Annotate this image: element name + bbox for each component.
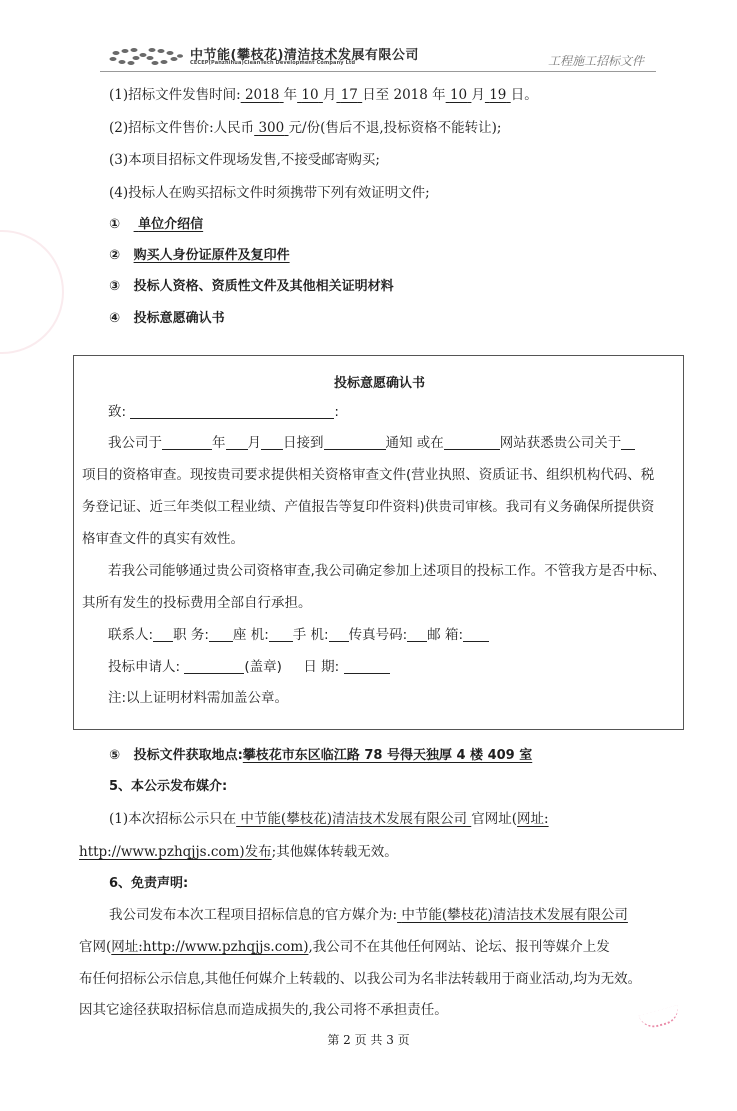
day-start: 17	[336, 87, 362, 103]
label: 网址:	[517, 811, 549, 827]
label: (盖章)	[244, 659, 282, 675]
addressee-line: 致: :	[108, 403, 339, 421]
section5-title: 5、本公示发布媒介:	[109, 778, 227, 796]
contact-blank[interactable]	[153, 627, 173, 642]
label: 致:	[108, 404, 126, 420]
doc-text: 单位介绍信	[134, 217, 204, 232]
label: 日。	[511, 87, 538, 103]
label: 月	[471, 87, 485, 103]
bid-intent-form: 投标意愿确认书 致: : 我公司于年月日接到通知 或在网站获悉贵公司关于 项目的…	[73, 355, 684, 730]
item-required-docs: (4)投标人在购买招标文件时须携带下列有效证明文件;	[109, 184, 430, 202]
label: 通知 或在	[386, 435, 444, 451]
website-blank[interactable]	[444, 435, 500, 450]
price-value: 300	[254, 120, 288, 136]
company-name: 中节能(攀枝花)清洁技术发展有限公司	[397, 907, 628, 923]
item-number: ①	[109, 217, 120, 232]
date-blank[interactable]	[344, 659, 390, 674]
label: 投标申请人:	[108, 659, 180, 675]
label: (1)招标文件发售时间:	[109, 87, 241, 103]
faint-seal-stamp	[0, 230, 64, 354]
position-blank[interactable]	[209, 627, 233, 642]
label: 日 期:	[303, 659, 339, 675]
fax-blank[interactable]	[407, 627, 427, 642]
label: 官网(	[79, 939, 111, 955]
label: 传真号码:	[349, 627, 408, 643]
label: 日至 2018 年	[362, 87, 445, 103]
form-para2-line1: 若我公司能够通过贵公司资格审查,我公司确定参加上述项目的投标工作。不管我方是否中…	[108, 562, 666, 580]
label: 我公司于	[108, 435, 162, 451]
section6-line3: 布任何招标公示信息,其他任何媒介上转载的、以我公司为名非法转载用于商业活动,均为…	[79, 970, 641, 988]
label: 元/份(售后不退,投标资格不能转让);	[289, 120, 502, 136]
year-start: 2018	[241, 87, 284, 103]
section6-line4: 因其它途径获取招标信息而造成损失的,我公司将不承担责任。	[79, 1001, 448, 1019]
applicant-blank[interactable]	[184, 659, 244, 674]
label: 官网址(	[471, 811, 517, 827]
doc-item-5: ⑤ 投标文件获取地点:攀枝花市东区临江路 78 号得天独厚 4 楼 409 室	[109, 747, 532, 765]
label: 职 务:	[173, 627, 209, 643]
website-link[interactable]: 网址:http://www.pzhqjjs.com)	[111, 939, 308, 955]
month-blank[interactable]	[226, 435, 248, 450]
year-blank[interactable]	[162, 435, 212, 450]
section5-line2: http://www.pzhqjjs.com)发布;其他媒体转载无效。	[79, 843, 398, 861]
item-sale-time: (1)招标文件发售时间: 2018 年 10 月 17 日至 2018 年 10…	[109, 86, 538, 104]
label: ,我公司不在其他任何网站、论坛、报刊等媒介上发	[308, 939, 609, 955]
label: 座 机:	[233, 627, 269, 643]
label: ;其他媒体转载无效。	[272, 844, 398, 860]
month-end: 10	[446, 87, 472, 103]
label: (2)招标文件售价:人民币	[109, 120, 254, 136]
label: 网站获悉贵公司关于	[500, 435, 622, 451]
mobile-blank[interactable]	[329, 627, 349, 642]
notice-blank[interactable]	[324, 435, 386, 450]
form-para1-line3: 务登记证、近三年类似工程业绩、产值报告等复印件资料)供贵司审核。我司有义务确保所…	[82, 498, 654, 516]
company-name: 中节能(攀枝花)清洁技术发展有限公司	[236, 811, 471, 827]
pickup-address: 攀枝花市东区临江路 78 号得天独厚 4 楼 409 室	[243, 748, 532, 763]
label: 月	[323, 87, 337, 103]
doc-item-3: ③ 投标人资格、资质性文件及其他相关证明材料	[109, 278, 394, 296]
addressee-blank[interactable]	[130, 404, 334, 419]
label: :	[334, 404, 339, 420]
section6-line1: 我公司发布本次工程项目招标信息的官方媒介为: 中节能(攀枝花)清洁技术发展有限公…	[109, 906, 628, 924]
doc-text: 投标意愿确认书	[134, 311, 225, 326]
label: 邮 箱:	[427, 627, 463, 643]
header-divider	[100, 71, 656, 72]
dots-logo-icon	[108, 47, 186, 67]
label: 月	[248, 435, 262, 451]
item-number: ③	[109, 279, 120, 294]
label: 联系人:	[108, 627, 153, 643]
label: 年	[212, 435, 226, 451]
day-end: 19	[485, 87, 511, 103]
item-number: ④	[109, 311, 120, 326]
page-number: 第 2 页 共 3 页	[0, 1031, 737, 1048]
company-name-en: CECEP(Panzhihua)CleanTech Development Co…	[190, 60, 355, 66]
email-blank[interactable]	[463, 627, 489, 642]
form-para1-line1: 我公司于年月日接到通知 或在网站获悉贵公司关于	[108, 434, 635, 452]
doc-item-2: ② 购买人身份证原件及复印件	[109, 247, 290, 265]
section5-line1: (1)本次招标公示只在 中节能(攀枝花)清洁技术发展有限公司 官网址(网址:	[109, 810, 549, 828]
form-title: 投标意愿确认书	[74, 372, 685, 391]
project-blank[interactable]	[621, 435, 635, 450]
label: 我公司发布本次工程项目招标信息的官方媒介为:	[109, 907, 397, 923]
signature-mark	[639, 1005, 682, 1031]
label: 手 机:	[293, 627, 329, 643]
doc-item-4: ④ 投标意愿确认书	[109, 310, 225, 328]
doc-text: 购买人身份证原件及复印件	[134, 248, 290, 263]
item-price: (2)招标文件售价:人民币 300 元/份(售后不退,投标资格不能转让);	[109, 119, 501, 137]
item-number: ⑤	[109, 748, 120, 763]
applicant-line: 投标申请人: (盖章) 日 期:	[108, 658, 390, 676]
document-type: 工程施工招标文件	[548, 52, 644, 69]
label: 年	[284, 87, 298, 103]
label: 日接到	[283, 435, 324, 451]
label: 投标文件获取地点:	[134, 748, 243, 763]
day-blank[interactable]	[261, 435, 283, 450]
doc-text: 投标人资格、资质性文件及其他相关证明材料	[134, 279, 394, 294]
form-note: 注:以上证明材料需加盖公章。	[108, 689, 288, 707]
item-number: ②	[109, 248, 120, 263]
form-para1-line4: 格审查文件的真实有效性。	[82, 530, 244, 548]
landline-blank[interactable]	[269, 627, 293, 642]
website-link[interactable]: http://www.pzhqjjs.com)发布	[79, 844, 272, 860]
contact-line: 联系人:职 务:座 机:手 机:传真号码:邮 箱:	[108, 626, 489, 644]
item-onsite-sale: (3)本项目招标文件现场发售,不接受邮寄购买;	[109, 151, 380, 169]
form-para2-line2: 其所有发生的投标费用全部自行承担。	[82, 594, 312, 612]
doc-item-1: ① 单位介绍信	[109, 216, 203, 234]
section6-line2: 官网(网址:http://www.pzhqjjs.com),我公司不在其他任何网…	[79, 938, 610, 956]
form-para1-line2: 项目的资格审查。现按贵司要求提供相关资格审查文件(营业执照、资质证书、组织机构代…	[82, 466, 654, 484]
month-start: 10	[297, 87, 323, 103]
label: (1)本次招标公示只在	[109, 811, 236, 827]
section6-title: 6、免责声明:	[109, 875, 188, 893]
